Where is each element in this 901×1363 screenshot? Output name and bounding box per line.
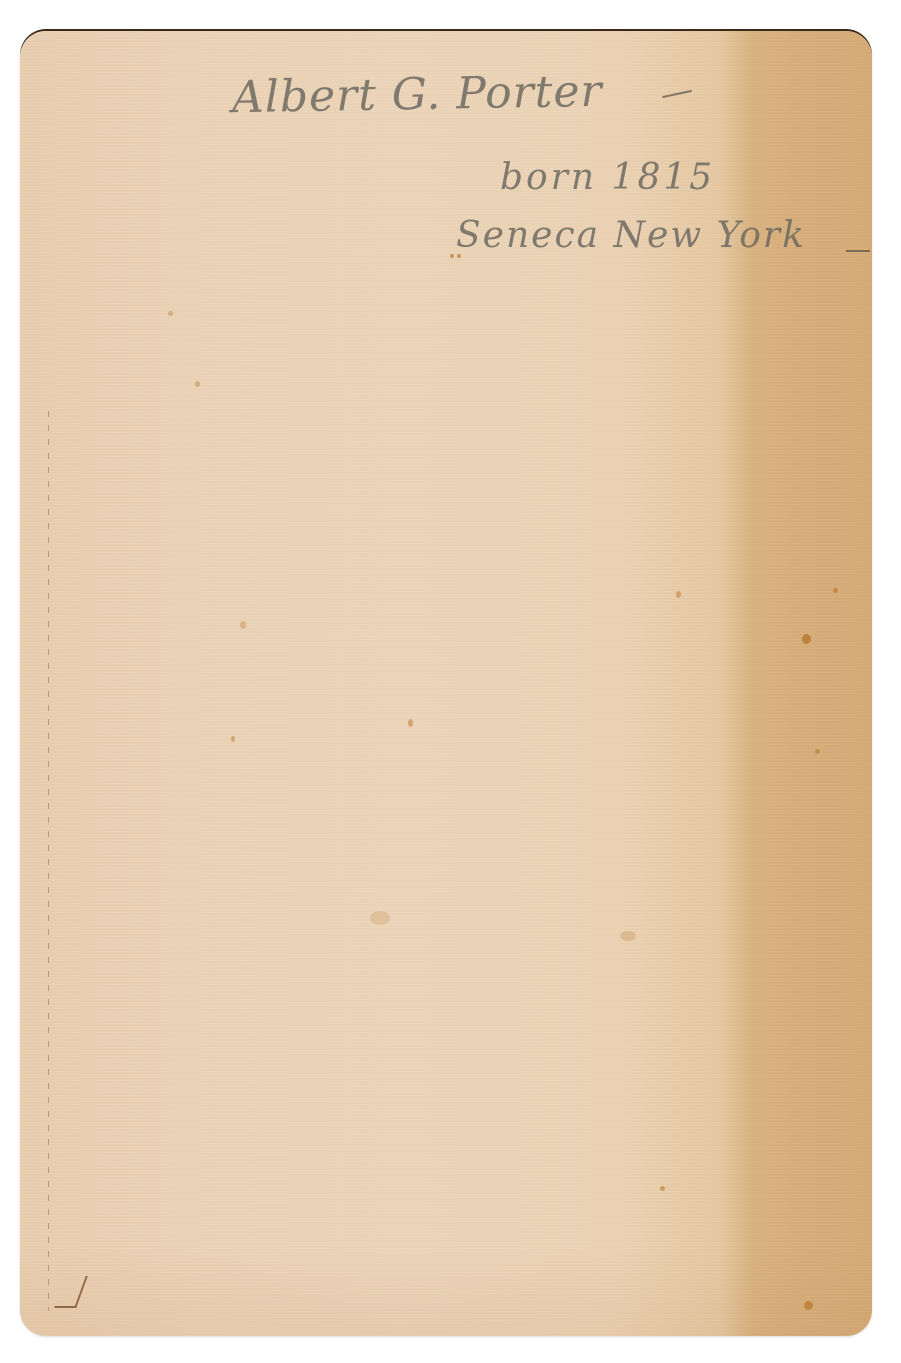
foxing-spot bbox=[833, 588, 838, 593]
foxing-spot bbox=[240, 621, 246, 629]
foxing-spot bbox=[408, 719, 413, 727]
foxing-spot bbox=[370, 911, 390, 925]
foxing-spot bbox=[815, 749, 820, 754]
inscription-birthplace: Seneca New York bbox=[456, 215, 806, 256]
foxing-spot bbox=[457, 254, 461, 258]
inscription-birth-year: born 1815 bbox=[500, 157, 715, 198]
foxing-spot bbox=[168, 311, 173, 316]
ink-mark bbox=[54, 1276, 88, 1308]
photo-card-back: Albert G. Porter born 1815 Seneca New Yo… bbox=[20, 31, 872, 1336]
foxing-spot bbox=[804, 1301, 813, 1310]
foxing-spot bbox=[802, 634, 811, 644]
pencil-stroke bbox=[846, 250, 870, 252]
foxing-spot bbox=[676, 591, 681, 598]
foxing-spot bbox=[450, 254, 454, 258]
left-edge-mark bbox=[48, 411, 49, 1311]
foxing-spot bbox=[620, 931, 636, 941]
foxing-spot bbox=[231, 736, 235, 742]
foxing-spot bbox=[195, 381, 200, 387]
pencil-stroke bbox=[662, 90, 692, 98]
inscription-name: Albert G. Porter bbox=[232, 66, 603, 123]
foxing-spot bbox=[660, 1186, 665, 1191]
